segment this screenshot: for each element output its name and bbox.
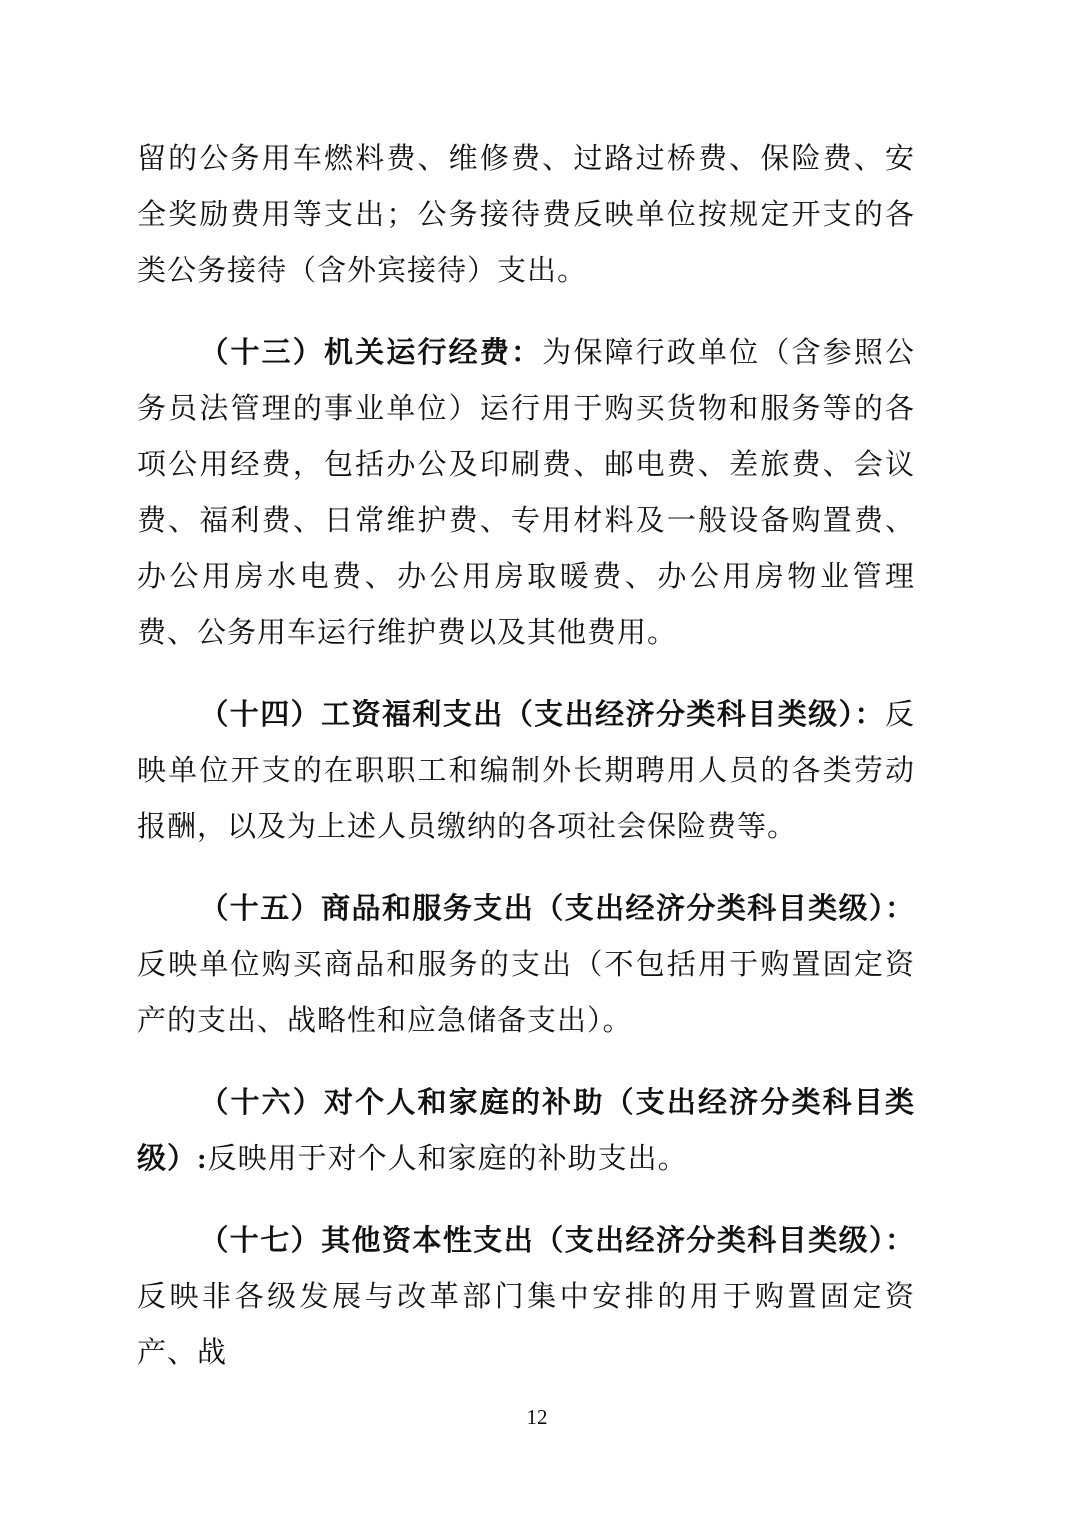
paragraph-section-14: （十四）工资福利支出（支出经济分类科目类级）：反映单位开支的在职职工和编制外长期… [137, 687, 915, 855]
paragraph-text: 反映用于对个人和家庭的补助支出。 [208, 1143, 688, 1175]
text-body: 留的公务用车燃料费、维修费、过路过桥费、保险费、安全奖励费用等支出；公务接待费反… [137, 131, 915, 1381]
paragraph-text: 为保障行政单位（含参照公务员法管理的事业单位）运行用于购买货物和服务等的各项公用… [137, 337, 915, 649]
section-heading: （十五）商品和服务支出（支出经济分类科目类级）： [199, 893, 915, 925]
paragraph-section-15: （十五）商品和服务支出（支出经济分类科目类级）：反映单位购买商品和服务的支出（不… [137, 881, 915, 1049]
section-heading: （十四）工资福利支出（支出经济分类科目类级）： [199, 699, 885, 731]
paragraph-text: 反映单位购买商品和服务的支出（不包括用于购置固定资产的支出、战略性和应急储备支出… [137, 949, 915, 1037]
section-heading: （十三）机关运行经费： [199, 337, 542, 369]
paragraph-section-16: （十六）对个人和家庭的补助（支出经济分类科目类级）:反映用于对个人和家庭的补助支… [137, 1075, 915, 1187]
paragraph-text: 留的公务用车燃料费、维修费、过路过桥费、保险费、安全奖励费用等支出；公务接待费反… [137, 143, 915, 287]
paragraph-section-17: （十七）其他资本性支出（支出经济分类科目类级）：反映非各级发展与改革部门集中安排… [137, 1213, 915, 1381]
section-heading: （十七）其他资本性支出（支出经济分类科目类级）： [199, 1225, 915, 1257]
page-number: 12 [0, 1402, 1074, 1432]
paragraph-continuation: 留的公务用车燃料费、维修费、过路过桥费、保险费、安全奖励费用等支出；公务接待费反… [137, 131, 915, 299]
paragraph-text: 反映非各级发展与改革部门集中安排的用于购置固定资产、战 [137, 1281, 915, 1369]
paragraph-section-13: （十三）机关运行经费：为保障行政单位（含参照公务员法管理的事业单位）运行用于购买… [137, 325, 915, 661]
document-page: { "paragraphs": [ { "bold": "", "text": … [0, 0, 1074, 1520]
